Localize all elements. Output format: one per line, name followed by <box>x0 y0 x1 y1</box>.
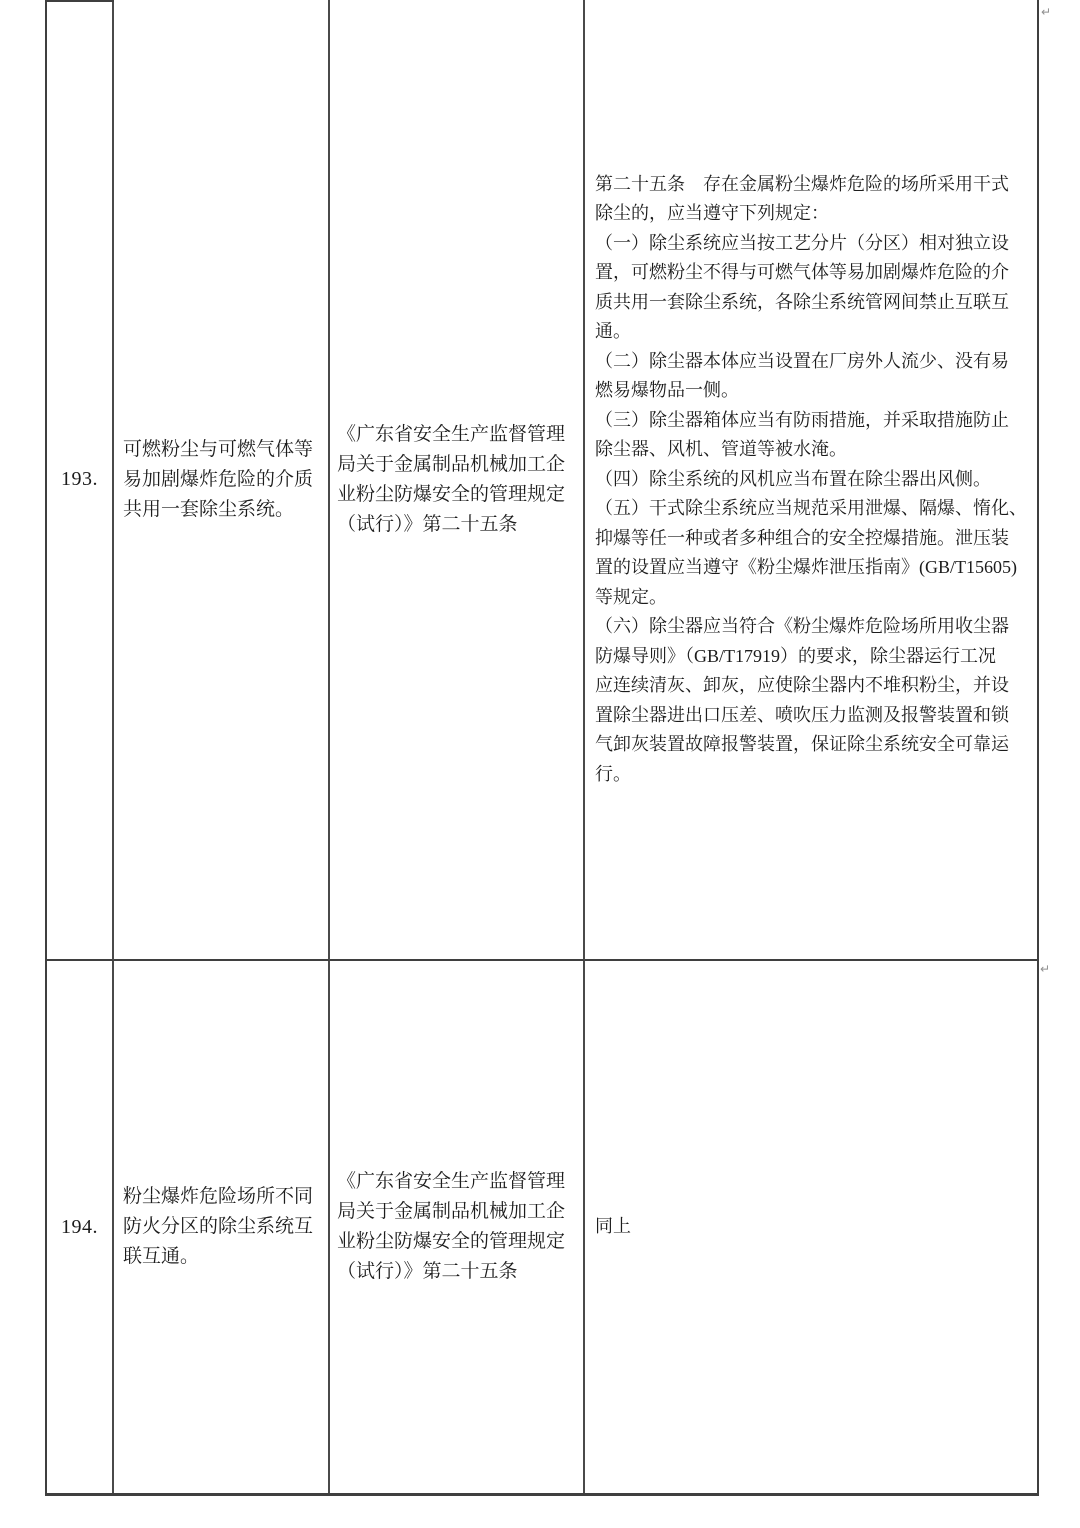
row-number: 194. <box>61 1216 98 1239</box>
legal-basis-text: 《广东省安全生产监督管理 局关于金属制品机械加工企 业粉尘防爆安全的管理规定 （… <box>337 1167 565 1287</box>
regulation-text: 第二十五条 存在金属粉尘爆炸危险的场所采用干式 除尘的，应当遵守下列规定： （一… <box>595 170 1027 790</box>
row-number-cell: 194. <box>47 961 114 1493</box>
issue-cell: 可燃粉尘与可燃气体等 易加剧爆炸危险的介质 共用一套除尘系统。 <box>114 0 330 961</box>
regulation-table: 193. 可燃粉尘与可燃气体等 易加剧爆炸危险的介质 共用一套除尘系统。 《广东… <box>45 0 1039 1496</box>
issue-text: 可燃粉尘与可燃气体等 易加剧爆炸危险的介质 共用一套除尘系统。 <box>123 435 313 525</box>
legal-basis-cell: 《广东省安全生产监督管理 局关于金属制品机械加工企 业粉尘防爆安全的管理规定 （… <box>330 961 585 1493</box>
regulation-text: 同上 <box>595 1212 631 1242</box>
issue-cell: 粉尘爆炸危险场所不同 防火分区的除尘系统互 联互通。 <box>114 961 330 1493</box>
legal-basis-text: 《广东省安全生产监督管理 局关于金属制品机械加工企 业粉尘防爆安全的管理规定 （… <box>337 420 565 540</box>
regulation-text-cell: 同上 <box>585 961 1037 1493</box>
regulation-text-cell: 第二十五条 存在金属粉尘爆炸危险的场所采用干式 除尘的，应当遵守下列规定： （一… <box>585 0 1037 961</box>
document-page: 193. 可燃粉尘与可燃气体等 易加剧爆炸危险的介质 共用一套除尘系统。 《广东… <box>0 0 1080 1528</box>
legal-basis-cell: 《广东省安全生产监督管理 局关于金属制品机械加工企 业粉尘防爆安全的管理规定 （… <box>330 0 585 961</box>
row-number-cell: 193. <box>47 0 114 961</box>
issue-text: 粉尘爆炸危险场所不同 防火分区的除尘系统互 联互通。 <box>123 1182 313 1272</box>
table-top-border-segment <box>45 0 114 2</box>
paragraph-mark-icon: ↵ <box>1041 6 1051 18</box>
row-number: 193. <box>61 468 98 491</box>
paragraph-mark-icon: ↵ <box>1040 963 1050 975</box>
